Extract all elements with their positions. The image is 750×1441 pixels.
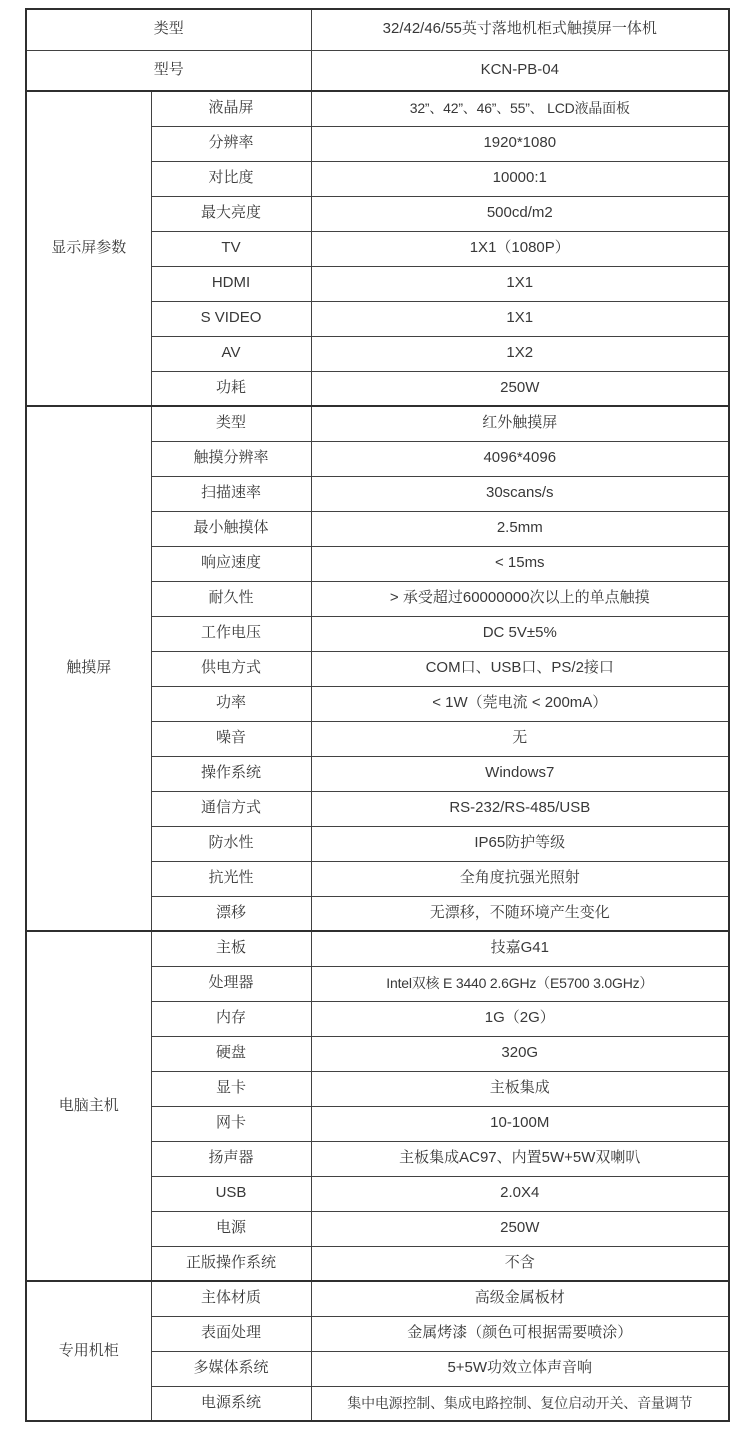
spec-sheet-page: 类型 32/42/46/55英寸落地机柜式触摸屏一体机 型号 KCN-PB-04… — [0, 0, 750, 1441]
spec-label: 硬盘 — [151, 1036, 311, 1071]
spec-value: 1X2 — [311, 336, 729, 371]
spec-value: 1X1 — [311, 301, 729, 336]
spec-value: 集中电源控制、集成电路控制、复位启动开关、音量调节 — [311, 1386, 729, 1421]
spec-value: 红外触摸屏 — [311, 406, 729, 441]
spec-value: 金属烤漆（颜色可根据需要喷涂） — [311, 1316, 729, 1351]
spec-value: > 承受超过60000000次以上的单点触摸 — [311, 581, 729, 616]
spec-label: 通信方式 — [151, 791, 311, 826]
spec-label: 多媒体系统 — [151, 1351, 311, 1386]
spec-label: 表面处理 — [151, 1316, 311, 1351]
spec-label: 操作系统 — [151, 756, 311, 791]
spec-value: 10000:1 — [311, 161, 729, 196]
spec-label: 对比度 — [151, 161, 311, 196]
spec-label: AV — [151, 336, 311, 371]
spec-label: 功耗 — [151, 371, 311, 406]
table-row: 显示屏参数液晶屏32”、42”、46”、55”、 LCD液晶面板 — [26, 91, 729, 126]
section-name: 触摸屏 — [26, 406, 151, 931]
spec-label: 最大亮度 — [151, 196, 311, 231]
spec-value: 2.0X4 — [311, 1176, 729, 1211]
spec-value: Intel双核 E 3440 2.6GHz（E5700 3.0GHz） — [311, 966, 729, 1001]
spec-value: 主板集成 — [311, 1071, 729, 1106]
spec-value: RS-232/RS-485/USB — [311, 791, 729, 826]
table-row: 类型 32/42/46/55英寸落地机柜式触摸屏一体机 — [26, 9, 729, 50]
spec-value: 主板集成AC97、内置5W+5W双喇叭 — [311, 1141, 729, 1176]
spec-label: 扬声器 — [151, 1141, 311, 1176]
spec-value: 32”、42”、46”、55”、 LCD液晶面板 — [311, 91, 729, 126]
spec-label: 噪音 — [151, 721, 311, 756]
section-name: 显示屏参数 — [26, 91, 151, 406]
spec-value: 5+5W功效立体声音响 — [311, 1351, 729, 1386]
spec-label: 防水性 — [151, 826, 311, 861]
table-row: 触摸屏类型红外触摸屏 — [26, 406, 729, 441]
spec-label: S VIDEO — [151, 301, 311, 336]
spec-label: 抗光性 — [151, 861, 311, 896]
spec-value: 1X1 — [311, 266, 729, 301]
spec-label: 主板 — [151, 931, 311, 966]
spec-label: 主体材质 — [151, 1281, 311, 1316]
spec-label: 内存 — [151, 1001, 311, 1036]
spec-value: 30scans/s — [311, 476, 729, 511]
spec-value: 32/42/46/55英寸落地机柜式触摸屏一体机 — [311, 9, 729, 50]
spec-label: USB — [151, 1176, 311, 1211]
spec-label: 型号 — [26, 50, 311, 91]
spec-value: 不含 — [311, 1246, 729, 1281]
spec-label: 分辨率 — [151, 126, 311, 161]
section-name: 专用机柜 — [26, 1281, 151, 1421]
spec-value: 500cd/m2 — [311, 196, 729, 231]
spec-value: 高级金属板材 — [311, 1281, 729, 1316]
spec-label: 触摸分辨率 — [151, 441, 311, 476]
spec-value: 4096*4096 — [311, 441, 729, 476]
spec-label: 处理器 — [151, 966, 311, 1001]
spec-value: 全角度抗强光照射 — [311, 861, 729, 896]
spec-label: 响应速度 — [151, 546, 311, 581]
spec-value: 1920*1080 — [311, 126, 729, 161]
table-row: 电脑主机主板技嘉G41 — [26, 931, 729, 966]
spec-label: 扫描速率 — [151, 476, 311, 511]
table-row: 专用机柜主体材质高级金属板材 — [26, 1281, 729, 1316]
spec-value: 250W — [311, 371, 729, 406]
spec-value: 1X1（1080P） — [311, 231, 729, 266]
spec-label: HDMI — [151, 266, 311, 301]
spec-label: 最小触摸体 — [151, 511, 311, 546]
spec-value: IP65防护等级 — [311, 826, 729, 861]
spec-value: < 1W（莞电流 < 200mA） — [311, 686, 729, 721]
spec-label: 功率 — [151, 686, 311, 721]
spec-label: 液晶屏 — [151, 91, 311, 126]
spec-label: 类型 — [26, 9, 311, 50]
spec-label: 工作电压 — [151, 616, 311, 651]
spec-value: 250W — [311, 1211, 729, 1246]
spec-label: 正版操作系统 — [151, 1246, 311, 1281]
spec-value: 1G（2G） — [311, 1001, 729, 1036]
spec-label: 电源系统 — [151, 1386, 311, 1421]
spec-value: 无 — [311, 721, 729, 756]
section-name: 电脑主机 — [26, 931, 151, 1281]
spec-label: 供电方式 — [151, 651, 311, 686]
spec-value: COM口、USB口、PS/2接口 — [311, 651, 729, 686]
spec-table: 类型 32/42/46/55英寸落地机柜式触摸屏一体机 型号 KCN-PB-04… — [25, 8, 730, 1422]
spec-value: 10-100M — [311, 1106, 729, 1141]
spec-label: 电源 — [151, 1211, 311, 1246]
spec-value: 320G — [311, 1036, 729, 1071]
spec-label: TV — [151, 231, 311, 266]
spec-value: 2.5mm — [311, 511, 729, 546]
spec-value: < 15ms — [311, 546, 729, 581]
spec-value: 无漂移，不随环境产生变化 — [311, 896, 729, 931]
spec-label: 显卡 — [151, 1071, 311, 1106]
spec-value: 技嘉G41 — [311, 931, 729, 966]
spec-label: 网卡 — [151, 1106, 311, 1141]
table-row: 型号 KCN-PB-04 — [26, 50, 729, 91]
spec-value: DC 5V±5% — [311, 616, 729, 651]
spec-label: 漂移 — [151, 896, 311, 931]
spec-label: 耐久性 — [151, 581, 311, 616]
spec-value: Windows7 — [311, 756, 729, 791]
spec-value: KCN-PB-04 — [311, 50, 729, 91]
spec-label: 类型 — [151, 406, 311, 441]
